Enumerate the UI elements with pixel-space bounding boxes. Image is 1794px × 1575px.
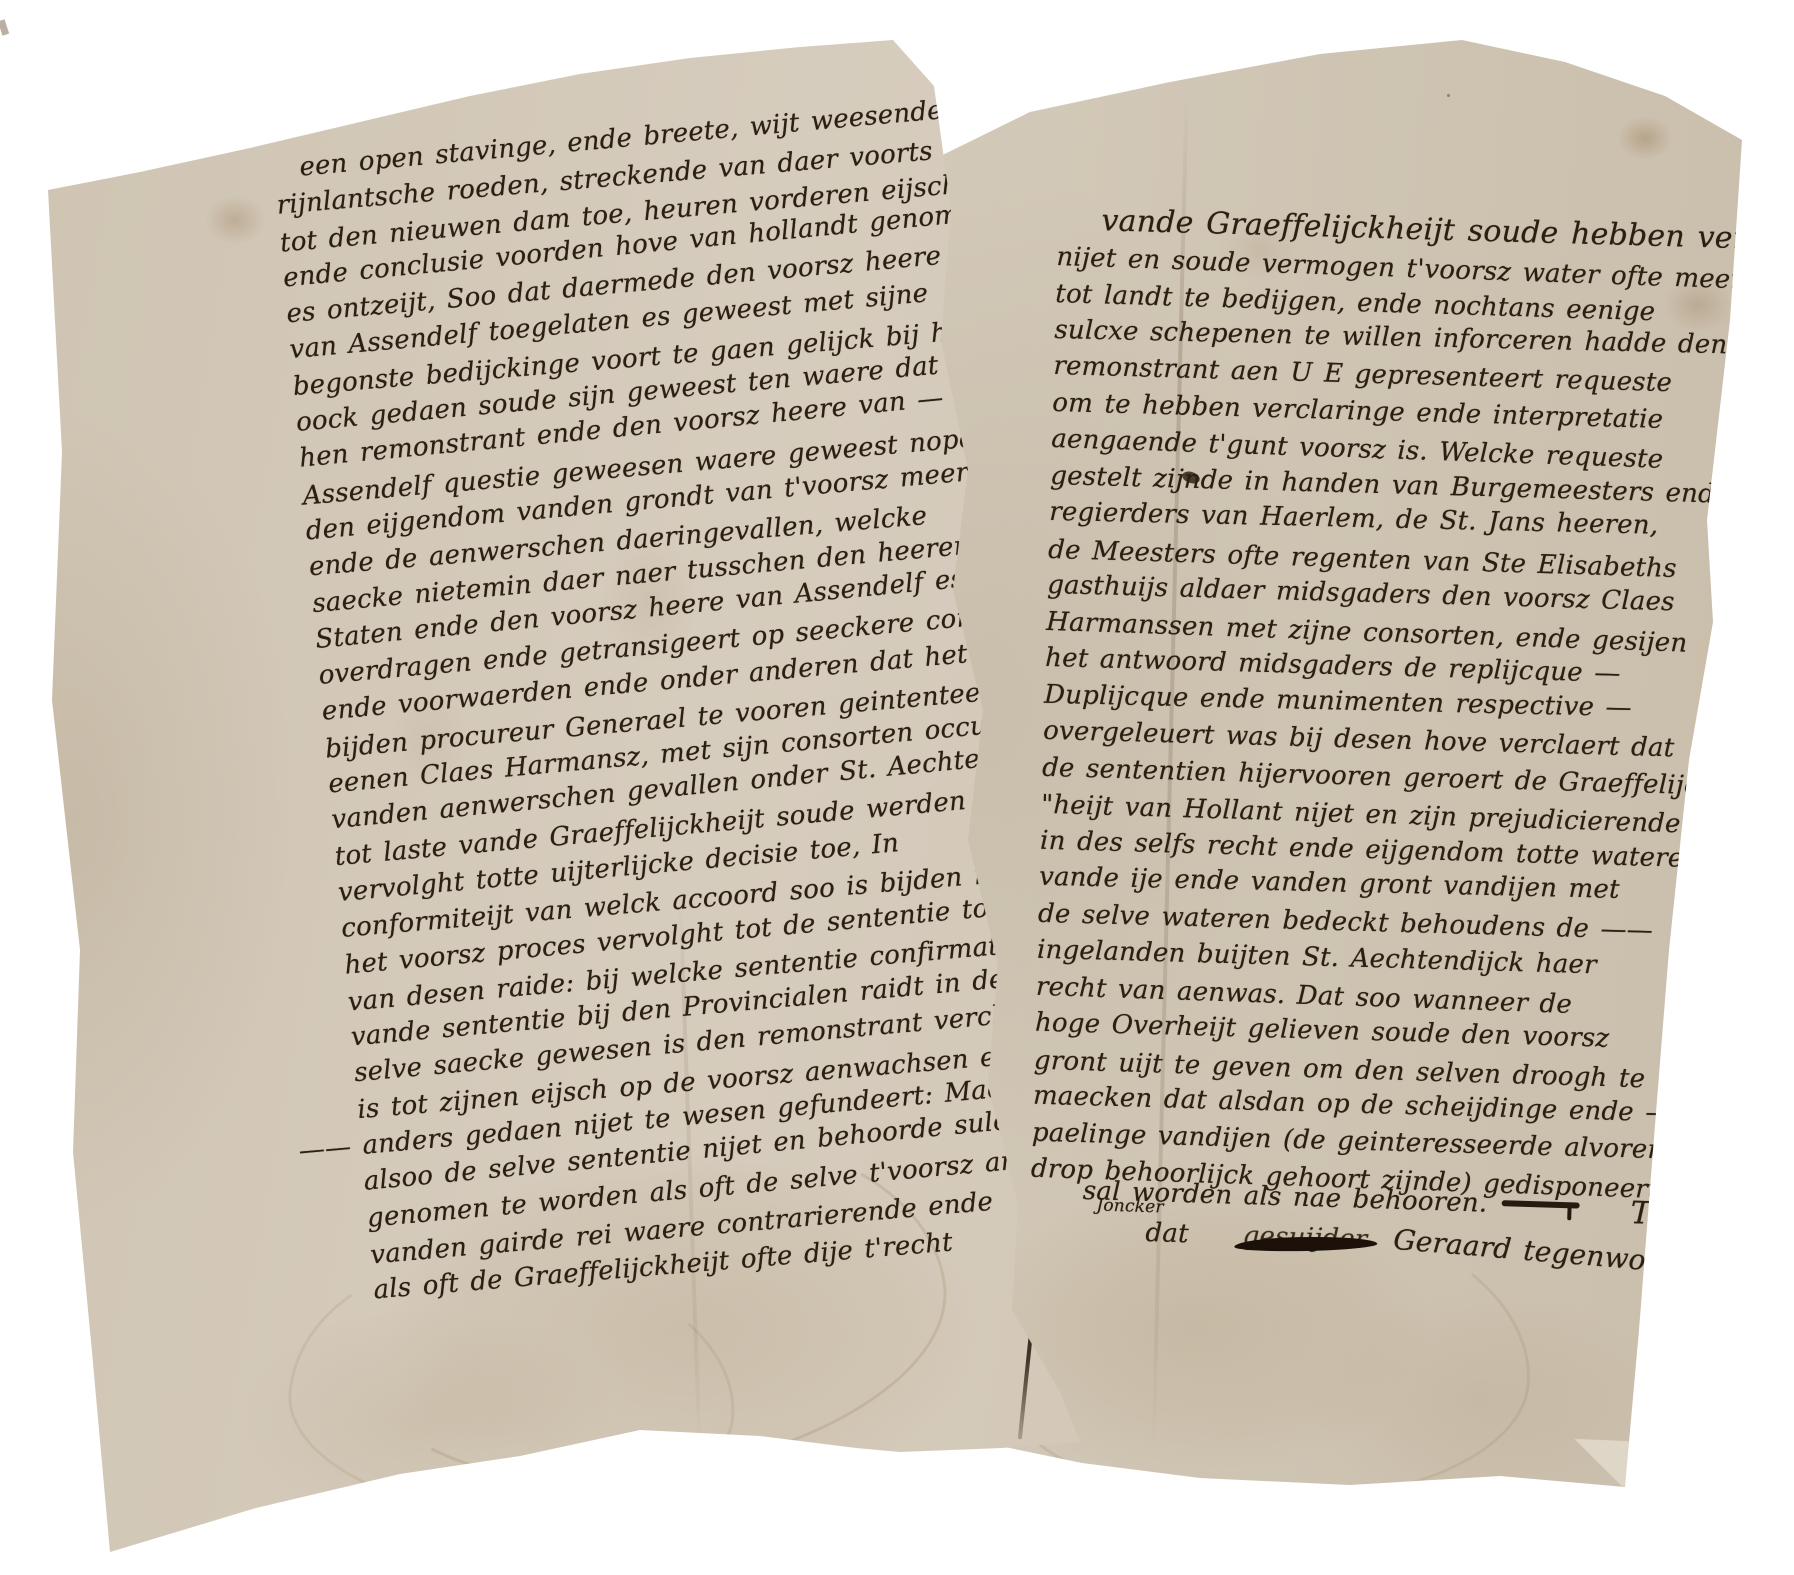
pen-flourish-mark: [1501, 1200, 1579, 1208]
right-page-text: vande Graeffelijckheijt soude hebben ver…: [1030, 202, 1677, 1204]
dust-speck: [1447, 94, 1450, 97]
closing-dat: dat: [1145, 1218, 1189, 1249]
paper-fragment: [0, 19, 9, 35]
interlined-word: Joncker: [1096, 1195, 1164, 1217]
struck-out-word: gesuijder: [1242, 1221, 1368, 1255]
manuscript-photo: vande Graeffelijckheijt soude hebben ver…: [0, 0, 1794, 1575]
left-page-text: een open stavinge, ende breete, wijt wee…: [272, 91, 1063, 1309]
folded-corner: [1570, 1435, 1637, 1491]
closing-tis: T'is: [1630, 1195, 1687, 1233]
